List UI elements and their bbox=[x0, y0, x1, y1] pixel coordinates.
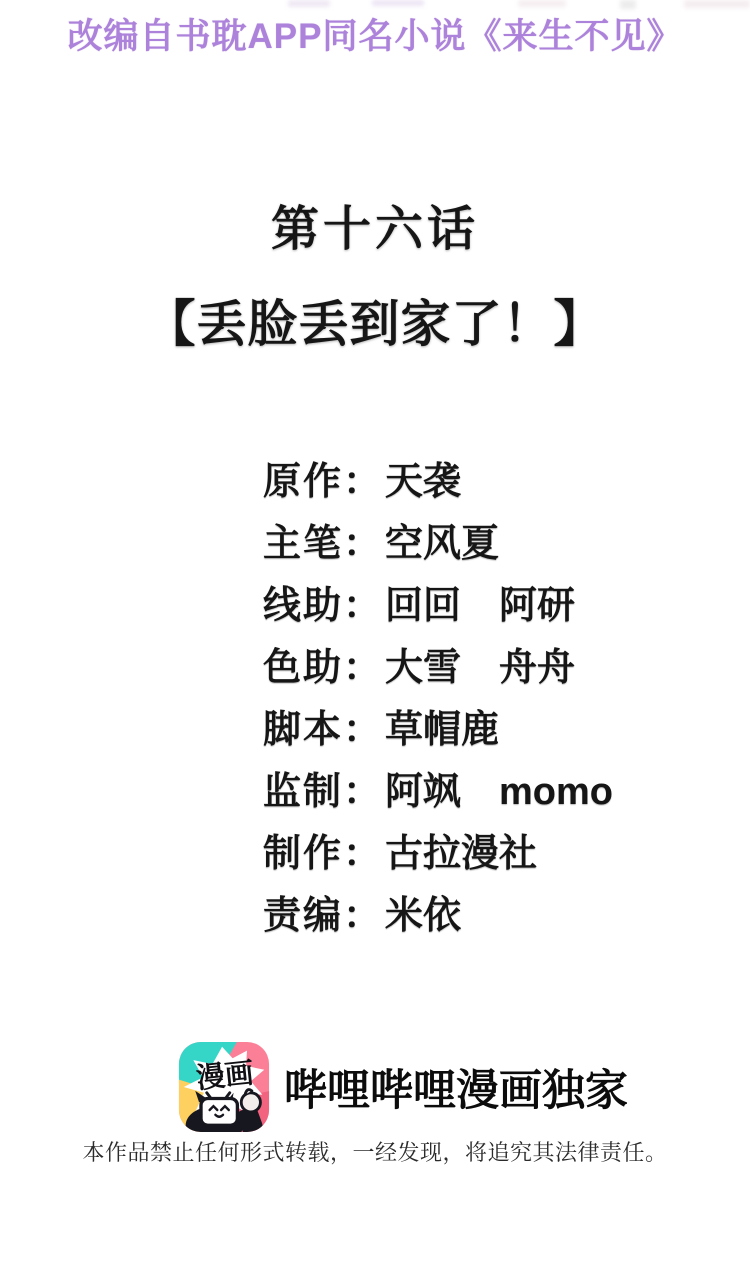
credit-role-label: 原作： bbox=[263, 461, 383, 503]
credit-row: 主笔：空风夏 bbox=[263, 513, 613, 575]
credit-row: 责编：米依 bbox=[263, 885, 613, 947]
cropped-artifact bbox=[0, 0, 750, 12]
credit-person-names: 阿飒 momo bbox=[385, 771, 613, 813]
credit-person-names: 米依 bbox=[385, 895, 461, 937]
credit-person-names: 古拉漫社 bbox=[385, 833, 537, 875]
manga-logo-lettering: 漫画 bbox=[195, 1057, 256, 1095]
cropped-artifact bbox=[518, 0, 566, 7]
publisher-exclusive-label: 哔哩哔哩漫画独家 bbox=[284, 1057, 628, 1118]
tv-face-icon bbox=[201, 1093, 237, 1126]
cropped-artifact bbox=[288, 0, 330, 7]
credit-role-label: 色助： bbox=[263, 647, 383, 689]
chapter-number-title: 第十六话 bbox=[0, 200, 750, 260]
credit-person-names: 大雪 舟舟 bbox=[385, 647, 575, 689]
credits-list: 原作：天袭 主笔：空风夏 线助：回回 阿研 色助：大雪 舟舟 脚本：草帽鹿 监制… bbox=[263, 451, 613, 947]
comic-credits-page: 改编自书耽APP同名小说《来生不见》 第十六话 【丢脸丢到家了！】 原作：天袭 … bbox=[0, 0, 750, 1280]
credit-row: 色助：大雪 舟舟 bbox=[263, 637, 613, 699]
credit-row: 监制：阿飒 momo bbox=[263, 761, 613, 823]
cropped-artifact bbox=[372, 0, 424, 6]
credit-row: 制作：古拉漫社 bbox=[263, 823, 613, 885]
cropped-artifact bbox=[620, 0, 636, 9]
credit-person-names: 天袭 bbox=[385, 461, 461, 503]
copyright-notice: 本作品禁止任何形式转载，一经发现，将追究其法律责任。 bbox=[0, 1136, 750, 1170]
credit-person-names: 草帽鹿 bbox=[385, 709, 499, 751]
credit-row: 脚本：草帽鹿 bbox=[263, 699, 613, 761]
credit-role-label: 主笔： bbox=[263, 523, 383, 565]
episode-title: 【丢脸丢到家了！】 bbox=[0, 292, 750, 356]
adaptation-notice: 改编自书耽APP同名小说《来生不见》 bbox=[0, 15, 750, 59]
credit-role-label: 责编： bbox=[263, 895, 383, 937]
publisher-row: 漫画 哔哩哔哩漫画独家 bbox=[178, 1040, 628, 1134]
credit-role-label: 监制： bbox=[263, 771, 383, 813]
credit-role-label: 线助： bbox=[263, 585, 383, 627]
credit-person-names: 回回 阿研 bbox=[385, 585, 575, 627]
bilibili-manga-app-icon: 漫画 bbox=[178, 1041, 270, 1133]
credit-role-label: 制作： bbox=[263, 833, 383, 875]
credit-row: 原作：天袭 bbox=[263, 451, 613, 513]
credit-role-label: 脚本： bbox=[263, 709, 383, 751]
credit-row: 线助：回回 阿研 bbox=[263, 575, 613, 637]
cropped-artifact bbox=[684, 0, 750, 8]
credit-person-names: 空风夏 bbox=[385, 523, 499, 565]
